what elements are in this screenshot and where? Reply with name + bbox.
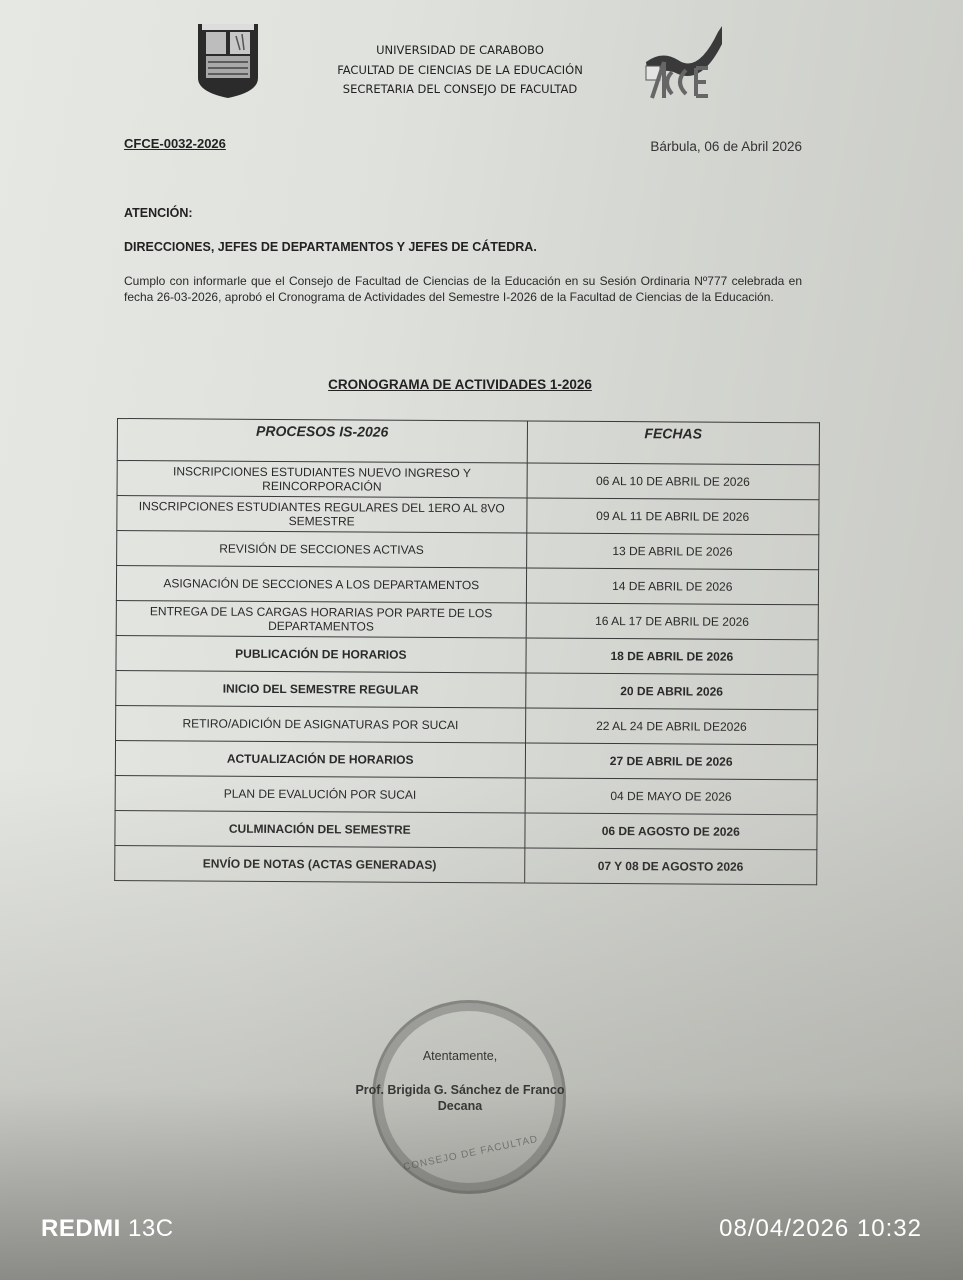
date-cell: 13 DE ABRIL DE 2026 [526,533,819,570]
date-cell: 06 AL 10 DE ABRIL DE 2026 [527,463,820,500]
process-cell: INSCRIPCIONES ESTUDIANTES NUEVO INGRESO … [117,461,527,499]
date-cell: 22 AL 24 DE ABRIL DE2026 [525,708,818,745]
table-row: ASIGNACIÓN DE SECCIONES A LOS DEPARTAMEN… [116,566,818,605]
date-cell: 09 AL 11 DE ABRIL DE 2026 [526,498,819,535]
column-header-processes: PROCESOS IS-2026 [117,419,527,464]
table-row: PLAN DE EVALUCIÓN POR SUCAI04 DE MAYO DE… [115,775,817,814]
column-header-dates: FECHAS [527,421,820,465]
institution-line: FACULTAD DE CIENCIAS DE LA EDUCACIÓN [300,61,620,81]
table-row: ENVÍO DE NOTAS (ACTAS GENERADAS)07 Y 08 … [115,845,817,884]
process-cell: PUBLICACIÓN DE HORARIOS [116,635,526,673]
table-row: PUBLICACIÓN DE HORARIOS18 DE ABRIL DE 20… [116,635,818,674]
date-cell: 07 Y 08 DE AGOSTO 2026 [524,848,817,885]
schedule-title: CRONOGRAMA DE ACTIVIDADES 1-2026 [250,377,670,392]
signer-title: Decana [300,1098,620,1114]
schedule-body: INSCRIPCIONES ESTUDIANTES NUEVO INGRESO … [115,461,820,885]
process-cell: ACTUALIZACIÓN DE HORARIOS [115,740,525,778]
date-cell: 04 DE MAYO DE 2026 [525,778,818,815]
process-cell: ENVÍO DE NOTAS (ACTAS GENERADAS) [115,845,525,883]
table-row: ACTUALIZACIÓN DE HORARIOS27 DE ABRIL DE … [115,740,817,779]
date-cell: 18 DE ABRIL DE 2026 [526,638,819,675]
memo-recipients: DIRECCIONES, JEFES DE DEPARTAMENTOS Y JE… [124,240,537,254]
camera-brand: REDMI [41,1215,121,1242]
camera-timestamp: 08/04/2026 10:32 [600,1215,922,1243]
process-cell: ASIGNACIÓN DE SECCIONES A LOS DEPARTAMEN… [116,566,526,604]
camera-watermark-brand: REDMI 13C [41,1215,174,1243]
attention-label: ATENCIÓN: [124,206,193,220]
university-crest-icon [196,22,260,100]
institution-line: SECRETARIA DEL CONSEJO DE FACULTAD [300,80,620,100]
face-logo-icon [642,22,728,100]
process-cell: REVISIÓN DE SECCIONES ACTIVAS [117,531,527,569]
table-row: INSCRIPCIONES ESTUDIANTES NUEVO INGRESO … [117,461,819,500]
process-cell: INSCRIPCIONES ESTUDIANTES REGULARES DEL … [117,496,527,534]
memo-place-date: Bárbula, 06 de Abril 2026 [560,139,802,154]
process-cell: INICIO DEL SEMESTRE REGULAR [116,670,526,708]
process-cell: PLAN DE EVALUCIÓN POR SUCAI [115,775,525,813]
table-row: INICIO DEL SEMESTRE REGULAR20 DE ABRIL 2… [116,670,818,709]
table-row: RETIRO/ADICIÓN DE ASIGNATURAS POR SUCAI2… [116,705,818,744]
process-cell: ENTREGA DE LAS CARGAS HORARIAS POR PARTE… [116,600,526,638]
signature-block: Prof. Brigida G. Sánchez de Franco Decan… [300,1082,620,1114]
table-row: CULMINACIÓN DEL SEMESTRE06 DE AGOSTO DE … [115,810,817,849]
date-cell: 14 DE ABRIL DE 2026 [526,568,819,605]
date-cell: 16 AL 17 DE ABRIL DE 2026 [526,603,819,640]
process-cell: CULMINACIÓN DEL SEMESTRE [115,810,525,848]
signer-name: Prof. Brigida G. Sánchez de Franco [300,1082,620,1098]
table-row: ENTREGA DE LAS CARGAS HORARIAS POR PARTE… [116,600,818,639]
date-cell: 20 DE ABRIL 2026 [525,673,818,710]
table-row: INSCRIPCIONES ESTUDIANTES REGULARES DEL … [117,496,819,535]
institution-line: UNIVERSIDAD DE CARABOBO [300,41,620,61]
date-cell: 27 DE ABRIL DE 2026 [525,743,818,780]
closing: Atentamente, [300,1049,620,1063]
institution-header: UNIVERSIDAD DE CARABOBO FACULTAD DE CIEN… [300,41,620,100]
date-cell: 06 DE AGOSTO DE 2026 [524,813,817,850]
schedule-table: PROCESOS IS-2026 FECHAS INSCRIPCIONES ES… [114,418,820,885]
table-row: REVISIÓN DE SECCIONES ACTIVAS13 DE ABRIL… [117,531,819,570]
camera-model: 13C [128,1215,174,1242]
memo-body: Cumplo con informarle que el Consejo de … [124,274,802,305]
memo-reference: CFCE-0032-2026 [124,136,226,151]
process-cell: RETIRO/ADICIÓN DE ASIGNATURAS POR SUCAI [116,705,526,743]
